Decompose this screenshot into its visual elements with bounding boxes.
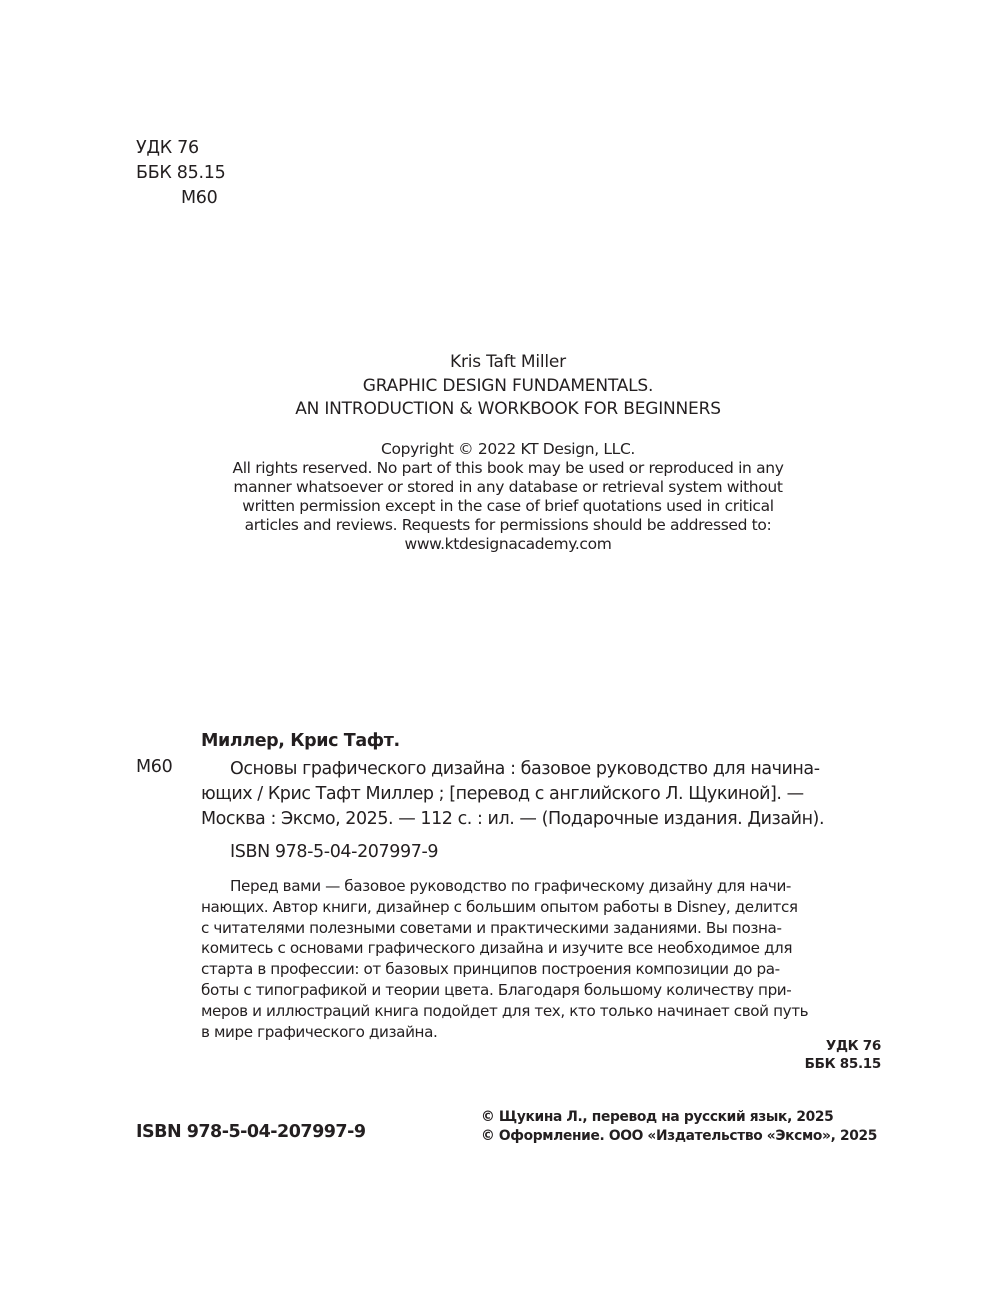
catalog-isbn: ISBN 978-5-04-207997-9 (230, 842, 438, 862)
footer-isbn: ISBN 978-5-04-207997-9 (136, 1122, 366, 1142)
annotation-line: комитесь с основами графического дизайна… (201, 938, 881, 959)
copyright-url: www.ktdesignacademy.com (0, 535, 986, 554)
catalog-author-mark: М60 (136, 757, 172, 777)
catalog-description-line: Москва : Эксмо, 2025. — 112 с. : ил. — (… (201, 807, 881, 832)
annotation-line: в мире графического дизайна. (201, 1022, 881, 1043)
original-title-line-2: AN INTRODUCTION & WORKBOOK FOR BEGINNERS (0, 398, 986, 422)
catalog-description: Основы графического дизайна : базовое ру… (201, 757, 881, 832)
translation-copyright: © Щукина Л., перевод на русский язык, 20… (481, 1108, 877, 1127)
copyright-line: written permission except in the case of… (0, 497, 986, 516)
catalog-bbk: ББК 85.15 (805, 1055, 881, 1073)
copyright-notice: Copyright © 2022 KT Design, LLC. All rig… (0, 440, 986, 554)
original-edition-block: Kris Taft Miller GRAPHIC DESIGN FUNDAMEN… (0, 351, 986, 422)
catalog-classification: УДК 76 ББК 85.15 (805, 1037, 881, 1073)
annotation-line: старта в профессии: от базовых принципов… (201, 959, 881, 980)
copyright-line: articles and reviews. Requests for permi… (0, 516, 986, 535)
author-mark: М60 (136, 186, 225, 211)
copyright-line: All rights reserved. No part of this boo… (0, 459, 986, 478)
design-copyright: © Оформление. ООО «Издательство «Эксмо»,… (481, 1127, 877, 1146)
annotation-line: нающих. Автор книги, дизайнер с большим … (201, 897, 881, 918)
catalog-description-line: Основы графического дизайна : базовое ру… (201, 757, 881, 782)
annotation-line: меров и иллюстраций книга подойдет для т… (201, 1001, 881, 1022)
copyright-line: Copyright © 2022 KT Design, LLC. (0, 440, 986, 459)
original-title-line-1: GRAPHIC DESIGN FUNDAMENTALS. (0, 375, 986, 399)
copyright-line: manner whatsoever or stored in any datab… (0, 478, 986, 497)
catalog-description-line: ющих / Крис Тафт Миллер ; [перевод с анг… (201, 782, 881, 807)
annotation-line: с читателями полезными советами и практи… (201, 918, 881, 939)
catalog-annotation: Перед вами — базовое руководство по граф… (201, 876, 881, 1042)
classification-top: УДК 76 ББК 85.15 М60 (136, 136, 225, 211)
annotation-line: боты с типографикой и теории цвета. Благ… (201, 980, 881, 1001)
original-author: Kris Taft Miller (0, 351, 986, 375)
catalog-author-heading: Миллер, Крис Тафт. (201, 731, 400, 751)
catalog-udk: УДК 76 (805, 1037, 881, 1055)
annotation-line: Перед вами — базовое руководство по граф… (201, 876, 881, 897)
udk-code: УДК 76 (136, 136, 225, 161)
footer-rights: © Щукина Л., перевод на русский язык, 20… (481, 1108, 877, 1145)
bbk-code: ББК 85.15 (136, 161, 225, 186)
